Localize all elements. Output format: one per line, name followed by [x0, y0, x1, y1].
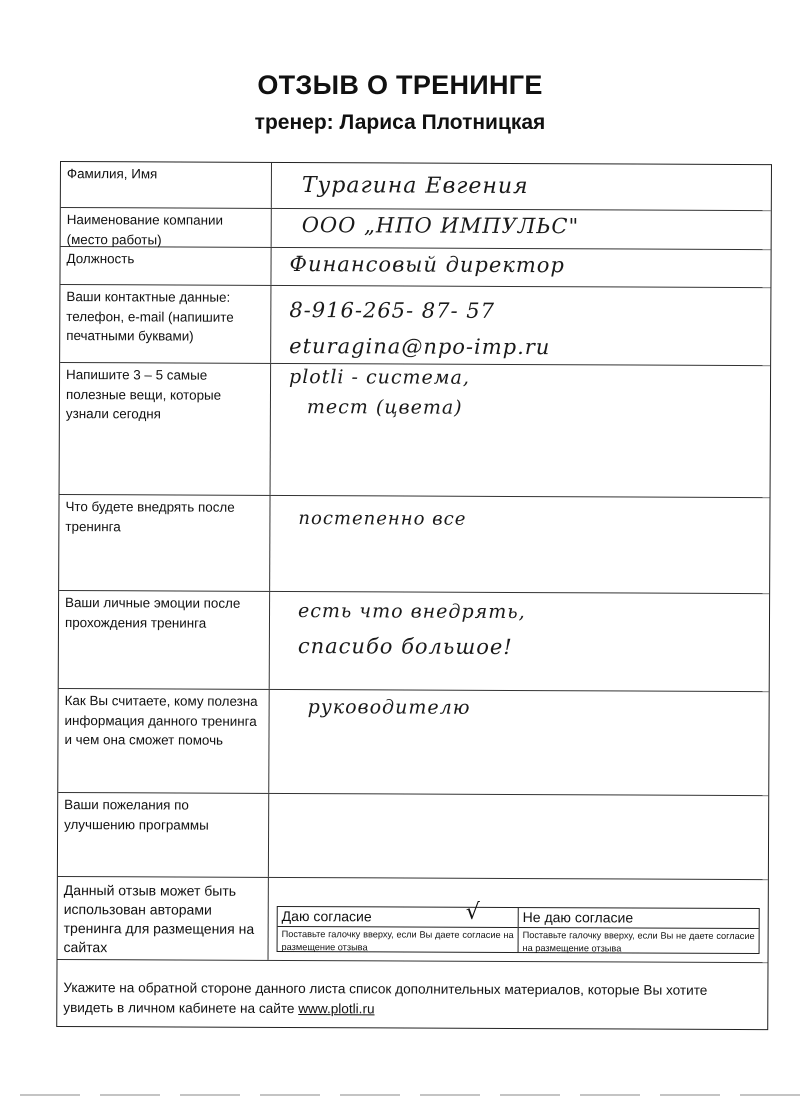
row-position: Должность Финансовый директор: [60, 247, 770, 288]
field-useful-things[interactable]: plotli - система, тест (цвета): [271, 364, 771, 497]
answer-implement: постепенно все: [298, 508, 466, 530]
consent-disagree-note: Поставьте галочку вверху, если Вы не дае…: [519, 928, 759, 956]
field-implement[interactable]: постепенно все: [270, 496, 769, 593]
label-contacts: Ваши контактные данные: телефон, e-mail …: [60, 285, 271, 363]
scan-artifact-line: [20, 1094, 800, 1096]
consent-disagree-label: Не даю согласие: [523, 909, 634, 925]
checkmark-icon: √: [466, 902, 480, 924]
field-emotions[interactable]: есть что внедрять, спасибо большое!: [270, 592, 769, 691]
label-full-name: Фамилия, Имя: [61, 162, 272, 208]
row-company: Наименование компании (место работы) ООО…: [61, 208, 771, 250]
plotli-link[interactable]: www.plotli.ru: [298, 1001, 374, 1016]
answer-company: ООО „НПО ИМПУЛЬС": [302, 213, 580, 238]
row-full-name: Фамилия, Имя Турагина Евгения: [61, 162, 771, 211]
field-who-benefits[interactable]: руководителю: [269, 690, 768, 795]
consent-area: Даю согласие √ Поставьте галочку вверху,…: [269, 878, 768, 962]
answer-emotions-line-2: спасибо большое!: [298, 634, 513, 659]
footer-instructions: Укажите на обратной стороне данного лист…: [63, 978, 757, 1021]
row-consent: Данный отзыв может быть использован авто…: [58, 877, 768, 963]
label-useful-things: Напишите 3 – 5 самые полезные вещи, кото…: [60, 363, 272, 495]
label-implement: Что будете внедрять после тренинга: [59, 495, 270, 591]
label-position: Должность: [60, 247, 271, 285]
answer-position: Финансовый директор: [290, 252, 565, 277]
field-contacts[interactable]: 8-916-265- 87- 57 eturagina@npo-imp.ru: [271, 286, 770, 365]
feedback-form: Фамилия, Имя Турагина Евгения Наименован…: [56, 161, 772, 1030]
row-useful-things: Напишите 3 – 5 самые полезные вещи, кото…: [60, 363, 771, 498]
answer-full-name: Турагина Евгения: [302, 173, 529, 199]
consent-agree-header[interactable]: Даю согласие √: [278, 907, 518, 928]
answer-emotions-line-1: есть что внедрять,: [298, 600, 526, 623]
row-emotions: Ваши личные эмоции после прохождения тре…: [59, 591, 769, 692]
row-contacts: Ваши контактные данные: телефон, e-mail …: [60, 285, 770, 366]
consent-agree-option[interactable]: Даю согласие √ Поставьте галочку вверху,…: [278, 907, 518, 952]
field-position[interactable]: Финансовый директор: [271, 248, 770, 287]
answer-useful-line-1: plotli - система,: [289, 366, 470, 389]
consent-disagree-option[interactable]: Не даю согласие Поставьте галочку вверху…: [518, 908, 759, 953]
label-consent: Данный отзыв может быть использован авто…: [58, 877, 269, 960]
answer-email: eturagina@npo-imp.ru: [289, 334, 550, 359]
row-footer: Укажите на обратной стороне данного лист…: [57, 960, 767, 1031]
footer-text: Укажите на обратной стороне данного лист…: [63, 980, 707, 1016]
consent-disagree-header[interactable]: Не даю согласие: [519, 908, 759, 929]
label-who-benefits: Как Вы считаете, кому полезна информация…: [58, 689, 269, 793]
row-suggestions: Ваши пожелания по улучшению программы: [58, 793, 768, 880]
field-suggestions[interactable]: [269, 794, 768, 879]
field-company[interactable]: ООО „НПО ИМПУЛЬС": [272, 209, 771, 249]
label-suggestions: Ваши пожелания по улучшению программы: [58, 793, 269, 877]
label-company: Наименование компании (место работы): [61, 208, 272, 247]
field-full-name[interactable]: Турагина Евгения: [272, 163, 771, 210]
consent-agree-label: Даю согласие: [282, 908, 372, 924]
trainer-subtitle: тренер: Лариса Плотницкая: [0, 111, 800, 135]
consent-agree-note: Поставьте галочку вверху, если Вы даете …: [278, 927, 518, 955]
answer-who-benefits: руководителю: [308, 696, 471, 719]
answer-phone: 8-916-265- 87- 57: [289, 298, 495, 323]
consent-table: Даю согласие √ Поставьте галочку вверху,…: [277, 906, 760, 954]
row-implement: Что будете внедрять после тренинга посте…: [59, 495, 769, 594]
form-title: ОТЗЫВ О ТРЕНИНГЕ: [0, 70, 800, 101]
answer-useful-line-2: тест (цвета): [307, 396, 463, 419]
label-emotions: Ваши личные эмоции после прохождения тре…: [59, 591, 270, 689]
row-who-benefits: Как Вы считаете, кому полезна информация…: [58, 689, 768, 796]
